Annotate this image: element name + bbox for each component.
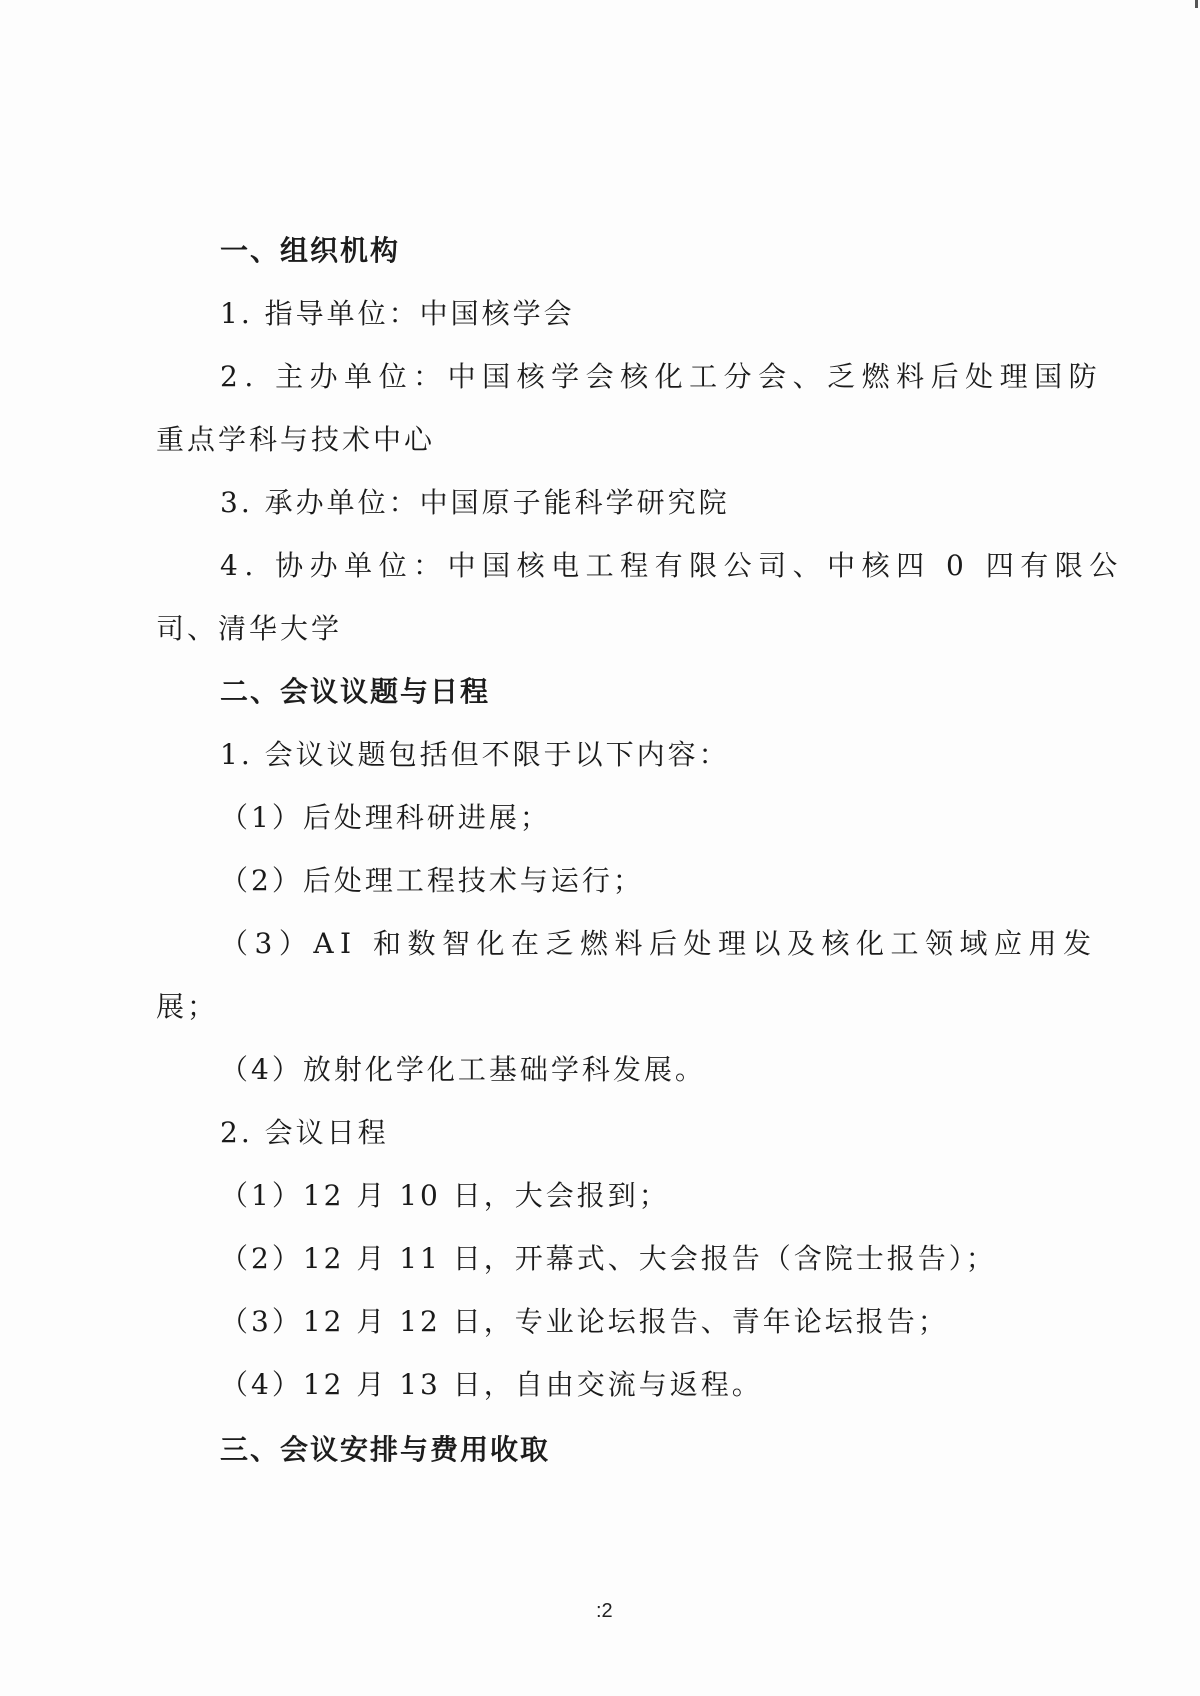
org-item-co-organizer-unit: 4. 协办单位：中国核电工程有限公司、中核四 0 四有限公	[220, 549, 1124, 583]
schedule-item: （4）12 月 13 日，自由交流与返程。	[220, 1368, 763, 1402]
section-heading-topics-schedule: 二、会议议题与日程	[220, 675, 490, 709]
topic-item-cont: 展；	[156, 990, 218, 1024]
org-item-organizer-unit: 3. 承办单位：中国原子能科学研究院	[220, 486, 730, 520]
section-heading-arrangements-fees: 三、会议安排与费用收取	[220, 1433, 550, 1467]
topics-intro: 1. 会议议题包括但不限于以下内容：	[220, 738, 730, 772]
document-page: 一、组织机构 1. 指导单位：中国核学会 2. 主办单位：中国核学会核化工分会、…	[0, 0, 1200, 1696]
scan-artifact	[1195, 0, 1198, 8]
org-item-guide-unit: 1. 指导单位：中国核学会	[220, 297, 575, 331]
topic-item: （1）后处理科研进展；	[220, 801, 551, 835]
page-number: :2	[596, 1600, 613, 1623]
topic-item: （4）放射化学化工基础学科发展。	[220, 1053, 706, 1087]
schedule-item: （1）12 月 10 日，大会报到；	[220, 1179, 670, 1213]
schedule-item: （3）12 月 12 日，专业论坛报告、青年论坛报告；	[220, 1305, 949, 1339]
schedule-item: （2）12 月 11 日，开幕式、大会报告（含院士报告）；	[220, 1242, 997, 1276]
org-item-host-unit-cont: 重点学科与技术中心	[156, 423, 435, 457]
schedule-intro: 2. 会议日程	[220, 1116, 389, 1150]
org-item-host-unit: 2. 主办单位：中国核学会核化工分会、乏燃料后处理国防	[220, 360, 1103, 394]
section-heading-organization: 一、组织机构	[220, 234, 400, 268]
topic-item: （3）AI 和数智化在乏燃料后处理以及核化工领域应用发	[220, 927, 1098, 961]
topic-item: （2）后处理工程技术与运行；	[220, 864, 644, 898]
org-item-co-organizer-unit-cont: 司、清华大学	[156, 612, 342, 646]
